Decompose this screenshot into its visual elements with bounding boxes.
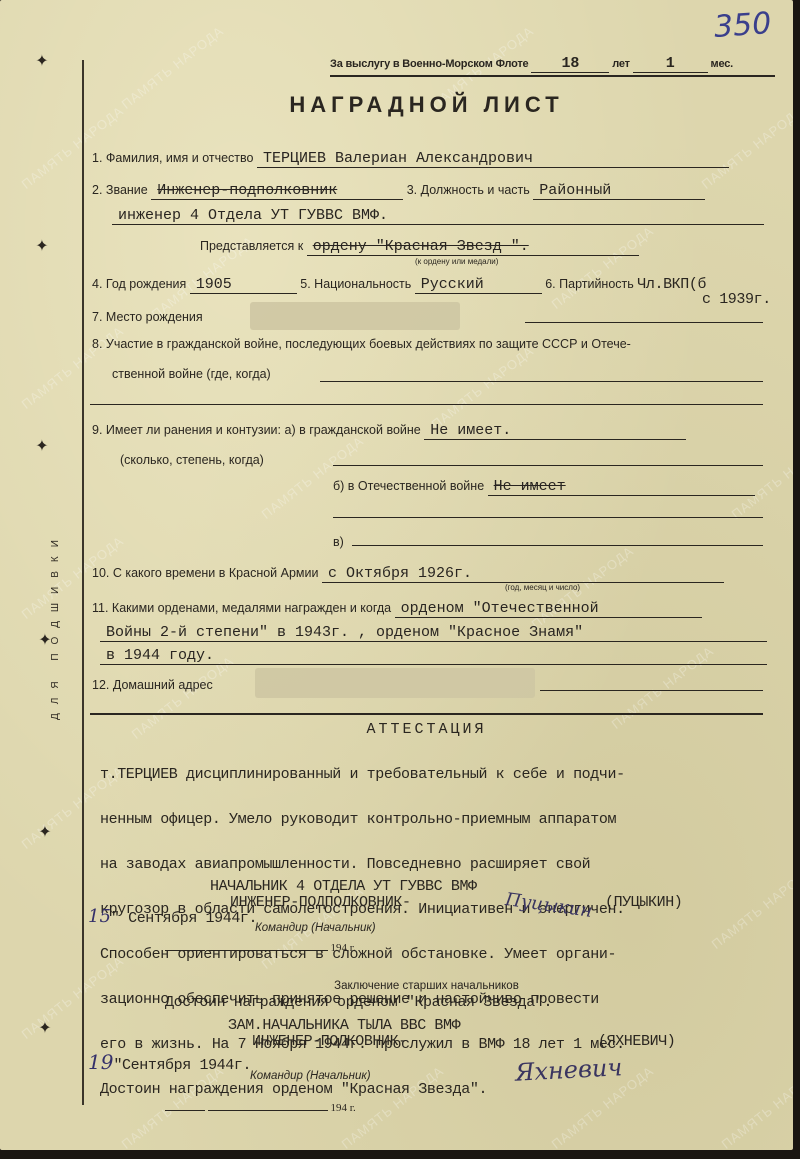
binding-hole-icon: ✦ (35, 240, 49, 254)
field-wounds-b: б) в Отечественной войне Не имеет (333, 478, 765, 496)
rule (320, 381, 763, 382)
field-value: Русский (415, 276, 542, 294)
rule (90, 713, 763, 715)
field-value: в 1944 году. (100, 647, 767, 665)
field-hint: (к ордену или медали) (415, 257, 498, 266)
field-war-participation: 8. Участие в гражданской войне, последую… (92, 337, 765, 351)
field-value: Чл.ВКП(б (637, 276, 706, 293)
field-label: б) в Отечественной войне (333, 479, 484, 493)
conclusion-label: Заключение старших начальников (0, 980, 793, 992)
field-value: Не имеет (488, 478, 755, 496)
field-label: 12. Домашний адрес (92, 678, 213, 692)
conclusion-text: Достоин награждения орденом "Красная Зве… (165, 995, 552, 1010)
conclusion-date: 19"Сентября 1944г. (88, 1050, 251, 1074)
blank-date-suffix: 194 г. (331, 1102, 356, 1114)
field-value: с 1939г. (702, 292, 771, 307)
binding-hole-icon: ✦ (38, 1022, 52, 1036)
field-label: 10. С какого времени в Красной Армии (92, 566, 318, 580)
attestation-date: 15" Сентября 1944г. (88, 906, 257, 927)
field-full-name: 1. Фамилия, имя и отчество ТЕРЦИЕВ Валер… (92, 150, 765, 168)
field-value: Инженер-подполковник (151, 182, 403, 200)
date-rest: " Сентября 1944г. (111, 910, 257, 927)
field-label: 5. Национальность (300, 277, 411, 291)
field-army-since: 10. С какого времени в Красной Армии с О… (92, 565, 765, 583)
rule (333, 517, 763, 518)
field-hint-text: (сколько, степень, когда) (120, 453, 264, 467)
signer-name: (ПУЦЫКИН) (605, 895, 682, 910)
service-label: За выслугу в Военно-Морском Флоте (330, 58, 528, 70)
binding-hole-icon: ✦ (38, 826, 52, 840)
field-label: 11. Какими орденами, медалями награжден … (92, 601, 391, 615)
field-value: Районный (533, 182, 705, 200)
field-value: с Октября 1926г. (322, 565, 724, 583)
field-value: инженер 4 Отдела УТ ГУВВС ВМФ. (112, 207, 764, 225)
blank-date: 194 г. (165, 1102, 356, 1114)
watermark: ПАМЯТЬ НАРОДА (549, 223, 657, 312)
field-label: а) в гражданской войне (285, 423, 421, 437)
signer-name: (ЯХНЕВИЧ) (598, 1034, 675, 1049)
award-sheet: ПАМЯТЬ НАРОДА ПАМЯТЬ НАРОДА ПАМЯТЬ НАРОД… (0, 0, 793, 1150)
service-line: За выслугу в Военно-Морском Флоте 18 лет… (330, 55, 775, 77)
service-years-label: лет (612, 58, 630, 70)
field-value: 1905 (190, 276, 297, 294)
blank-date-suffix: 194 г. (331, 942, 356, 954)
rule (525, 322, 763, 323)
redacted-area (255, 668, 535, 698)
field-label: 7. Место рождения (92, 310, 203, 324)
field-label: Представляется к (200, 239, 303, 253)
field-label: 3. Должность и часть (407, 183, 530, 197)
field-war-participation-cont: ственной войне (где, когда) (112, 367, 765, 381)
field-label: ственной войне (где, когда) (112, 367, 271, 381)
page-title: НАГРАДНОЙ ЛИСТ (0, 92, 793, 118)
field-value: ТЕРЦИЕВ Валериан Александрович (257, 150, 729, 168)
rule (352, 545, 763, 546)
attestation-line: ненным офицер. Умело руководит контрольн… (100, 812, 790, 827)
field-position-cont: инженер 4 Отдела УТ ГУВВС ВМФ. (112, 207, 765, 225)
field-value: орденом "Отечественной (395, 600, 702, 618)
role-label: Командир (Начальник) (250, 1070, 371, 1082)
role-label: Командир (Начальник) (255, 922, 376, 934)
field-hint: (год, месяц и число) (505, 583, 580, 592)
field-label: 6. Партийность (545, 277, 634, 291)
field-awards: 11. Какими орденами, медалями награжден … (92, 600, 765, 618)
rule (90, 404, 763, 405)
attestation-line: т.ТЕРЦИЕВ дисциплинированный и требовате… (100, 767, 790, 782)
field-wounds-c: в) (333, 535, 765, 549)
signer-title: ЗАМ.НАЧАЛЬНИКА ТЫЛА ВВС ВМФ (228, 1018, 460, 1033)
field-label: 1. Фамилия, имя и отчество (92, 151, 254, 165)
service-months: 1 (633, 55, 708, 73)
binding-hole-icon: ✦ (35, 440, 49, 454)
field-nominated: Представляется к ордену "Красная Звезд "… (200, 238, 765, 256)
watermark: ПАМЯТЬ НАРОДА (429, 343, 537, 432)
margin-label: ДЛЯ ПОДШИВКИ (50, 470, 90, 720)
field-value: ордену "Красная Звезд ". (307, 238, 639, 256)
date-day: 19 (88, 1050, 113, 1074)
field-rank-position: 2. Звание Инженер-подполковник 3. Должно… (92, 182, 765, 200)
field-label: 4. Год рождения (92, 277, 186, 291)
field-value: Войны 2-й степени" в 1943г. , орденом "К… (100, 624, 767, 642)
archive-number: 350 (713, 6, 773, 45)
service-months-label: мес. (711, 58, 733, 70)
field-wounds: 9. Имеет ли ранения и контузии: а) в гра… (92, 422, 765, 440)
rule (540, 690, 763, 691)
redacted-area (250, 302, 460, 330)
signer-title: НАЧАЛЬНИК 4 ОТДЕЛА УТ ГУВВС ВМФ (210, 879, 477, 894)
field-awards-cont: Войны 2-й степени" в 1943г. , орденом "К… (100, 624, 765, 642)
signer-rank: ИНЖЕНЕР-ПОЛКОВНИК- (252, 1034, 407, 1049)
signature: Яхневич (514, 1053, 623, 1087)
service-years: 18 (531, 55, 609, 73)
field-label: в) (333, 535, 344, 549)
field-awards-cont: в 1944 году. (100, 647, 765, 665)
field-label: 2. Звание (92, 183, 148, 197)
field-value: Не имеет. (424, 422, 686, 440)
binding-hole-icon: ✦ (35, 55, 49, 69)
attestation-line: Достоин награждения орденом "Красная Зве… (100, 1082, 790, 1097)
field-birth-nationality-party: 4. Год рождения 1905 5. Национальность Р… (92, 276, 765, 294)
field-label: 8. Участие в гражданской войне, последую… (92, 337, 631, 351)
date-rest: "Сентября 1944г. (113, 1057, 251, 1074)
attestation-line: на заводах авиапромышленности. Повседнев… (100, 857, 790, 872)
field-label: 9. Имеет ли ранения и контузии: (92, 423, 281, 437)
blank-date: 194 г. (165, 942, 356, 954)
date-day: 15 (88, 906, 111, 927)
attestation-title: АТТЕСТАЦИЯ (0, 722, 793, 737)
rule (333, 465, 763, 466)
